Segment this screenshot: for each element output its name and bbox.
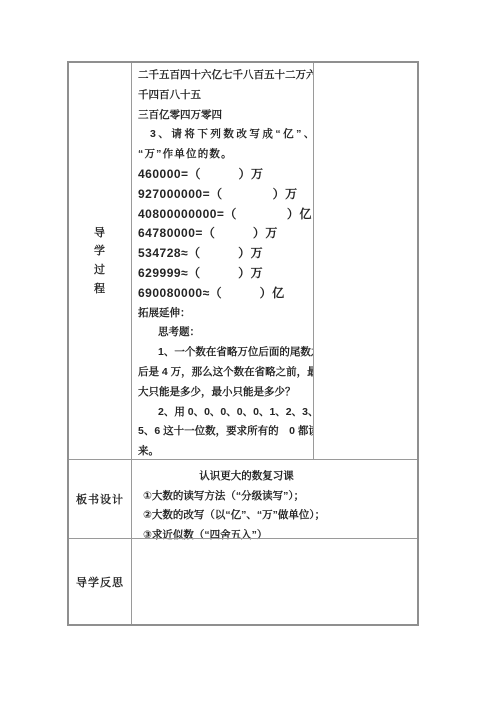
process-content-cell: 二千五百四十六亿七千八百五十二万六 千四百八十五 三百亿零四万零四 3、请将下列… [133, 63, 318, 462]
process-line: 2、用 0、0、0、0、0、1、2、3、4、 [138, 403, 318, 423]
reflection-header: 导学反思 [69, 539, 132, 624]
header-char: 导 [94, 224, 106, 243]
process-line: 5、6 这十一位数，要求所有的 0 都读出 [138, 422, 318, 442]
process-line: 拓展延伸： [138, 304, 318, 324]
process-line-equation: 629999≈（ ）万 [138, 264, 318, 284]
board-item: ①大数的读写方法（“分级读写”）； [133, 487, 417, 507]
process-line: 思考题： [138, 323, 318, 343]
process-line-equation: 64780000=（ ）万 [138, 224, 318, 244]
reflection-content-cell [133, 540, 417, 624]
process-line: 二千五百四十六亿七千八百五十二万六 [138, 66, 318, 86]
process-line: 大只能是多少，最小只能是多少？ [138, 383, 318, 403]
board-content-cell: 认识更大的数复习课 ①大数的读写方法（“分级读写”）； ②大数的改写（以“亿”、… [133, 461, 417, 539]
document-page: 导 学 过 程 二千五百四十六亿七千八百五十二万六 千四百八十五 三百亿零四万零… [0, 0, 500, 708]
board-title: 认识更大的数复习课 [133, 467, 417, 487]
board-design-header: 板书设计 [69, 460, 132, 538]
worksheet-table: 导 学 过 程 二千五百四十六亿七千八百五十二万六 千四百八十五 三百亿零四万零… [67, 61, 419, 626]
process-line-equation: 690080000≈（ ）亿 [138, 284, 318, 304]
board-item: ②大数的改写（以“亿”、“万”做单位）； [133, 506, 417, 526]
process-line-equation: 534728≈（ ）万 [138, 244, 318, 264]
process-line-equation: 460000=（ ）万 [138, 165, 318, 185]
guided-process-header-cell: 导 学 过 程 [69, 63, 132, 459]
header-char: 程 [94, 280, 106, 299]
process-line-equation: 927000000=（ ）万 [138, 185, 318, 205]
process-line: “万”作单位的数。 [138, 145, 318, 165]
guided-process-header: 导 学 过 程 [94, 224, 106, 298]
process-line: 3、请将下列数改写成“亿”、 [138, 125, 318, 145]
row-guided-process: 导 学 过 程 二千五百四十六亿七千八百五十二万六 千四百八十五 三百亿零四万零… [69, 63, 417, 459]
process-line-equation: 40800000000=（ ）亿 [138, 205, 318, 225]
header-char: 学 [94, 242, 106, 261]
row-board-design: 板书设计 认识更大的数复习课 ①大数的读写方法（“分级读写”）； ②大数的改写（… [69, 459, 417, 538]
empty-note-column [313, 63, 417, 459]
process-line: 千四百八十五 [138, 86, 318, 106]
process-line: 三百亿零四万零四 [138, 106, 318, 126]
row-reflection: 导学反思 [69, 538, 417, 624]
header-char: 过 [94, 261, 106, 280]
process-line: 1、一个数在省略万位后面的尾数之 [138, 343, 318, 363]
process-line: 后是 4 万，那么这个数在省略之前，最 [138, 363, 318, 383]
